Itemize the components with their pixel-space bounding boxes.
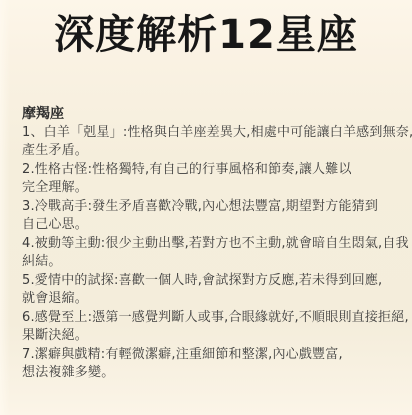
text-line: 就會退縮。: [22, 290, 394, 309]
page-title: 深度解析12星座: [0, 0, 412, 58]
zodiac-card: 深度解析12星座 摩羯座 1、白羊「剋星」:性格與白羊座差異大,相處中可能讓白羊…: [0, 0, 412, 415]
text-line: 6.感覺至上:憑第一感覺判斷人或事,合眼緣就好,不順眼則直接拒絕,: [22, 309, 394, 328]
text-line: 1、白羊「剋星」:性格與白羊座差異大,相處中可能讓白羊感到無奈,: [22, 124, 394, 143]
text-line: 5.愛情中的試探:喜歡一個人時,會試探對方反應,若未得到回應,: [22, 272, 394, 291]
text-line: 糾結。: [22, 253, 394, 272]
text-line: 4.被動等主動:很少主動出擊,若對方也不主動,就會暗自生悶氣,自我: [22, 235, 394, 254]
text-line: 自己心思。: [22, 216, 394, 235]
text-line: 3.冷戰高手:發生矛盾喜歡冷戰,內心想法豐富,期望對方能猜到: [22, 198, 394, 217]
text-line: 果斷決絕。: [22, 327, 394, 346]
capricorn-section: 摩羯座 1、白羊「剋星」:性格與白羊座差異大,相處中可能讓白羊感到無奈, 產生矛…: [22, 105, 394, 383]
section-heading: 摩羯座: [22, 105, 394, 124]
text-line: 2.性格古怪:性格獨特,有自己的行事風格和節奏,讓人難以: [22, 161, 394, 180]
text-line: 完全理解。: [22, 179, 394, 198]
text-line: 產生矛盾。: [22, 142, 394, 161]
text-line: 7.潔癖與戲精:有輕微潔癖,注重細節和整潔,內心戲豐富,: [22, 346, 394, 365]
text-line: 想法複雜多變。: [22, 364, 394, 383]
